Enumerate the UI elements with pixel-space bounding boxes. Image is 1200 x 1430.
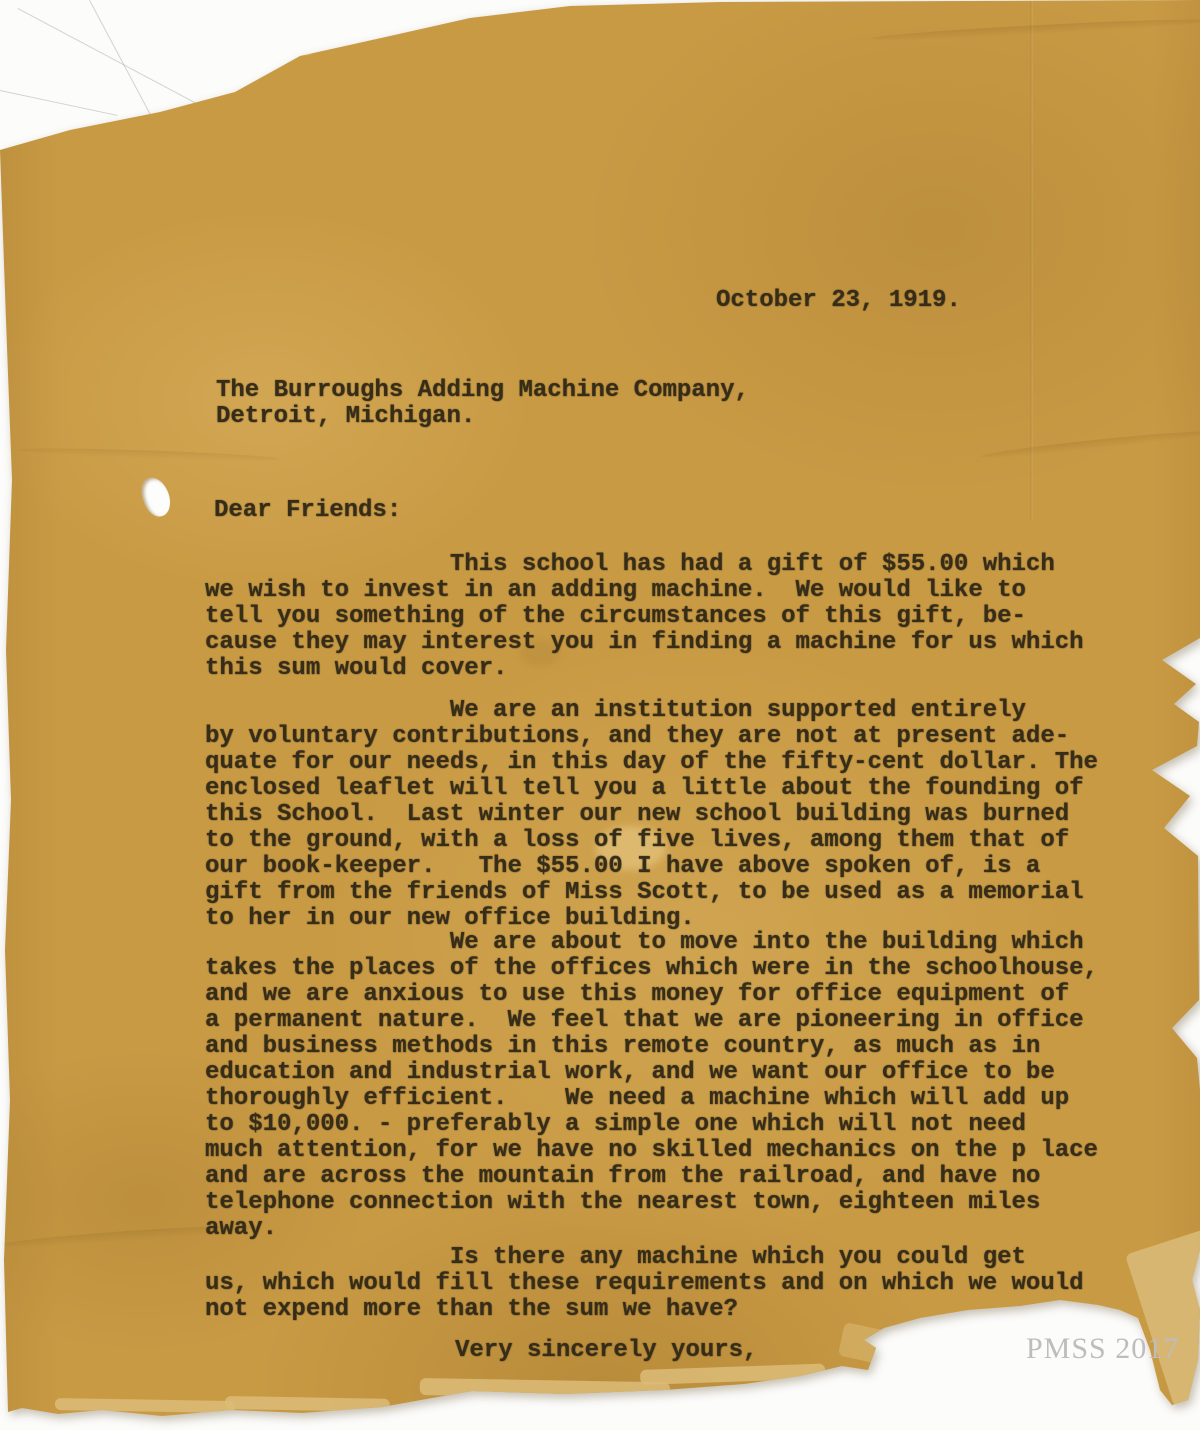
paragraph-1: This school has had a gift of $55.00 whi… [205,552,1084,682]
letter-text: October 23, 1919. The Burroughs Adding M… [0,0,1200,1430]
paragraph-4: Is there any machine which you could get… [205,1245,1084,1323]
salutation: Dear Friends: [214,498,401,524]
letter-date: October 23, 1919. [716,288,961,314]
recipient-address: The Burroughs Adding Machine Company, De… [216,378,749,430]
scan-background: October 23, 1919. The Burroughs Adding M… [0,0,1200,1430]
paragraph-2: We are an institution supported entirely… [205,698,1098,932]
closing: Very sincerely yours, [455,1338,757,1364]
archive-watermark: PMSS 2017 [1026,1332,1179,1366]
paragraph-3: We are about to move into the building w… [205,930,1098,1242]
